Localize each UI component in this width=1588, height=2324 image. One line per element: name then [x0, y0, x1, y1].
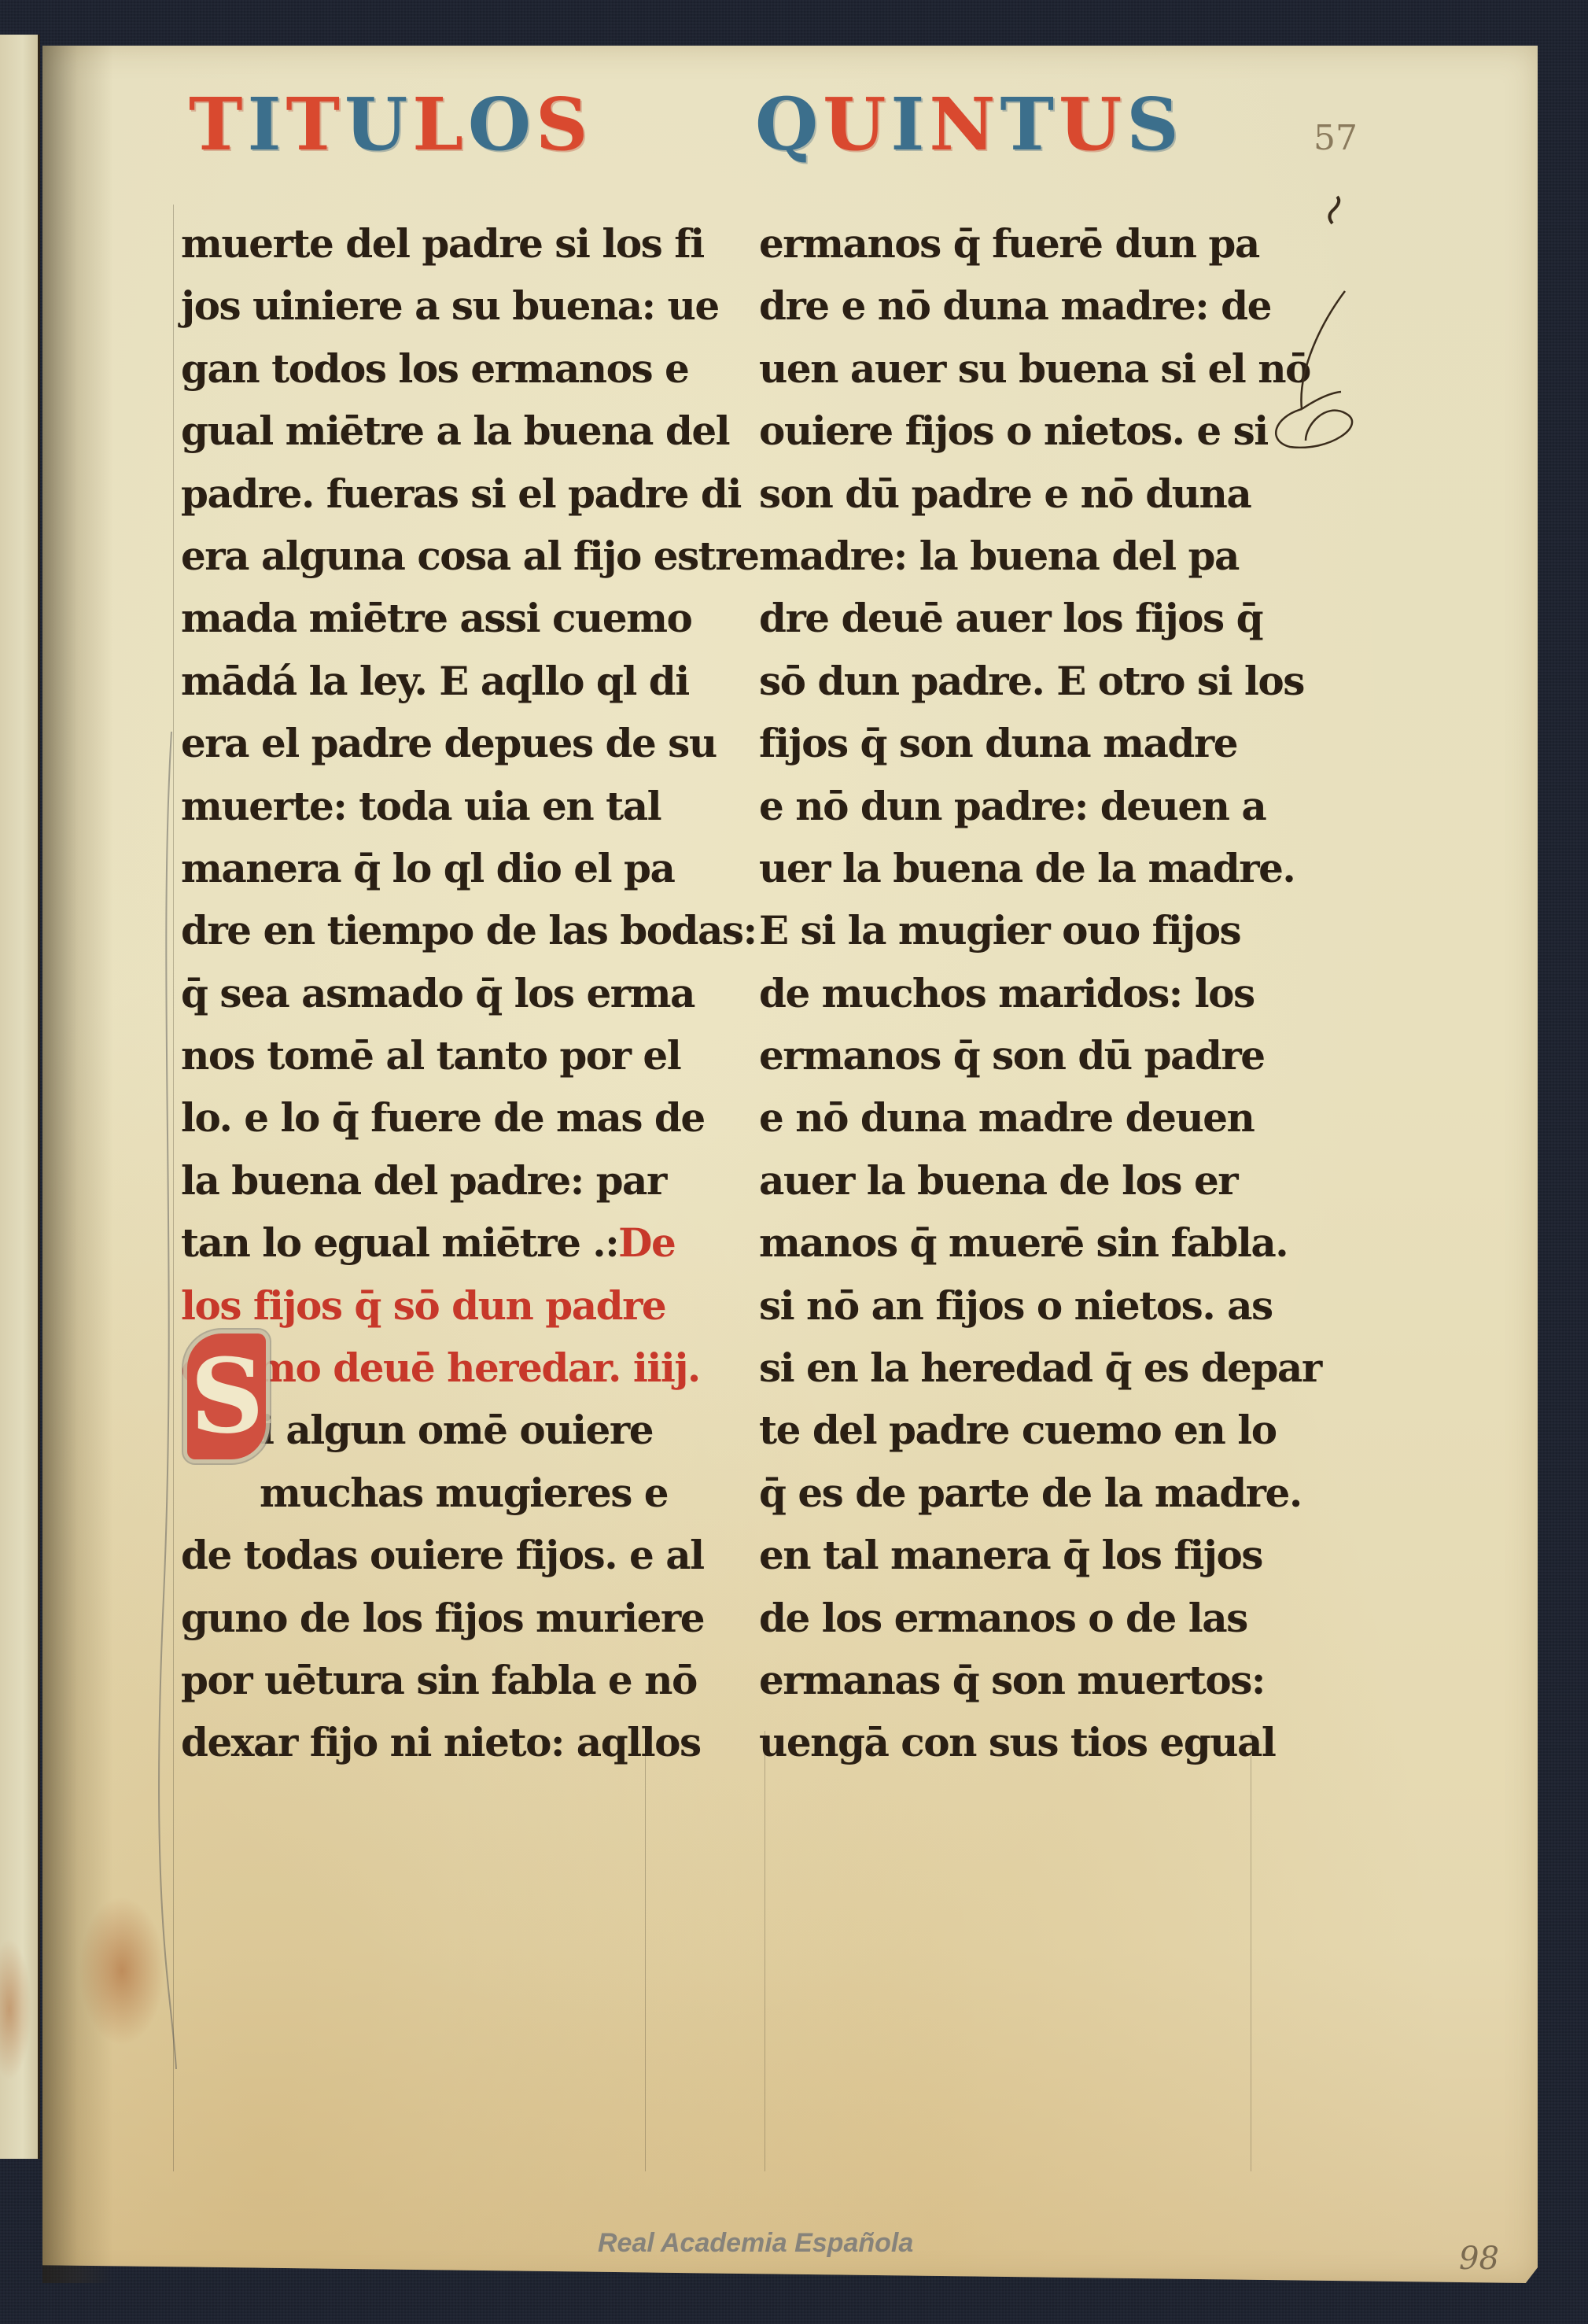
text-line: dre en tiempo de las bodas:: [181, 899, 758, 961]
pen-flourish-icon: [1258, 189, 1369, 448]
text-line: e nō duna madre deuen: [759, 1086, 1321, 1149]
title-left: TITULOS: [189, 85, 593, 164]
title-letter: T: [189, 85, 247, 164]
text-line: en tal manera q̄ los fijos: [759, 1524, 1321, 1586]
text-line: era alguna cosa al fijo estre: [181, 525, 758, 587]
text-segment: tan lo egual miētre .:: [181, 1219, 618, 1266]
title-letter: N: [929, 85, 1000, 164]
text-line: e nō dun padre: deuen a: [759, 775, 1321, 837]
text-line: son dū padre e nō duna: [759, 463, 1321, 525]
right-column: ermanos q̄ fuerē dun pa dre e nō duna ma…: [759, 212, 1321, 1774]
text-line: padre. fueras si el padre di: [181, 463, 758, 525]
text-line: si en la heredad q̄ es depar: [759, 1337, 1321, 1399]
text-line: muchas mugieres e: [181, 1462, 758, 1524]
text-line: sō dun padre. E otro si los: [759, 650, 1321, 712]
text-line: de los ermanos o de las: [759, 1587, 1321, 1649]
illuminated-initial-s: S: [187, 1334, 266, 1459]
rubric-segment: De: [618, 1219, 675, 1266]
text-line-with-rubric: tan lo egual miētre .:De: [181, 1212, 758, 1274]
text-line: si nō an fijos o nietos. as: [759, 1275, 1321, 1337]
text-line: te del padre cuemo en lo: [759, 1399, 1321, 1461]
text-line: ermanos q̄ fuerē dun pa: [759, 212, 1321, 275]
rubric-line: cuemo deuē heredar. iiij.: [181, 1337, 758, 1399]
title-letter: U: [823, 85, 890, 164]
title-letter: U: [344, 85, 412, 164]
text-line: gan todos los ermanos e: [181, 338, 758, 400]
title-letter: L: [412, 85, 468, 164]
text-line: mādá la ley. E aqllo ql di: [181, 650, 758, 712]
text-line: era el padre depues de su: [181, 712, 758, 774]
folio-number: 98: [1459, 2241, 1499, 2277]
ruling-line: [765, 1731, 765, 2171]
text-line: dre deuē auer los fijos q̄: [759, 587, 1321, 649]
title-letter: U: [1059, 85, 1126, 164]
text-line: la buena del padre: par: [181, 1149, 758, 1212]
text-line: ermanas q̄ son muertos:: [759, 1649, 1321, 1711]
top-folio-number: 57: [1314, 118, 1358, 158]
text-line: fijos q̄ son duna madre: [759, 712, 1321, 774]
title-letter: I: [247, 85, 286, 164]
text-line: ouiere fijos o nietos. e si: [759, 400, 1321, 462]
text-line: de muchos maridos: los: [759, 962, 1321, 1024]
text-line: q̄ sea asmado q̄ los erma: [181, 962, 758, 1024]
title-letter: S: [1126, 85, 1183, 164]
text-line: uer la buena de la madre.: [759, 837, 1321, 899]
title-letter: S: [536, 85, 592, 164]
ruling-line: [1251, 1731, 1251, 2171]
text-line: manera q̄ lo ql dio el pa: [181, 837, 758, 899]
text-line: q̄ es de parte de la madre.: [759, 1462, 1321, 1524]
title-letter: O: [468, 85, 536, 164]
text-line: mada miētre assi cuemo: [181, 587, 758, 649]
text-line: lo. e lo q̄ fuere de mas de: [181, 1086, 758, 1149]
text-line: jos uiniere a su buena: ue: [181, 275, 758, 337]
text-line: i algun omē ouiere: [181, 1399, 758, 1461]
text-line: muerte del padre si los fi: [181, 212, 758, 275]
rubric-line: los fijos q̄ sō dun padre: [181, 1275, 758, 1337]
text-line: dexar fijo ni nieto: aqllos: [181, 1711, 758, 1773]
title-letter: T: [286, 85, 344, 164]
text-line: uen auer su buena si el nō: [759, 338, 1321, 400]
title-letter: I: [890, 85, 929, 164]
text-line: guno de los fijos muriere: [181, 1587, 758, 1649]
foxing-stain: [79, 1896, 165, 2045]
title-letter: Q: [755, 85, 823, 164]
text-line: dre e nō duna madre: de: [759, 275, 1321, 337]
pencil-guide-line: [156, 732, 179, 2069]
title-right: QUINTUS: [755, 85, 1184, 164]
text-line: muerte: toda uia en tal: [181, 775, 758, 837]
text-line: gual miētre a la buena del: [181, 400, 758, 462]
text-line: auer la buena de los er: [759, 1149, 1321, 1212]
stain-mark: [0, 1939, 31, 2080]
left-column: muerte del padre si los fi jos uiniere a…: [181, 212, 758, 1774]
title-letter: T: [1000, 85, 1059, 164]
text-line: nos tomē al tanto por el: [181, 1024, 758, 1086]
text-line: uengā con sus tios egual: [759, 1711, 1321, 1773]
text-line: manos q̄ muerē sin fabla.: [759, 1212, 1321, 1274]
ruling-line: [645, 1731, 646, 2171]
text-line: de todas ouiere fijos. e al: [181, 1524, 758, 1586]
previous-page-edge: [0, 35, 40, 2159]
text-line: madre: la buena del pa: [759, 525, 1321, 587]
text-line: E si la mugier ouo fijos: [759, 899, 1321, 961]
text-line: ermanos q̄ son dū padre: [759, 1024, 1321, 1086]
text-line: por uētura sin fabla e nō: [181, 1649, 758, 1711]
watermark-text: Real Academia Española: [598, 2228, 913, 2259]
